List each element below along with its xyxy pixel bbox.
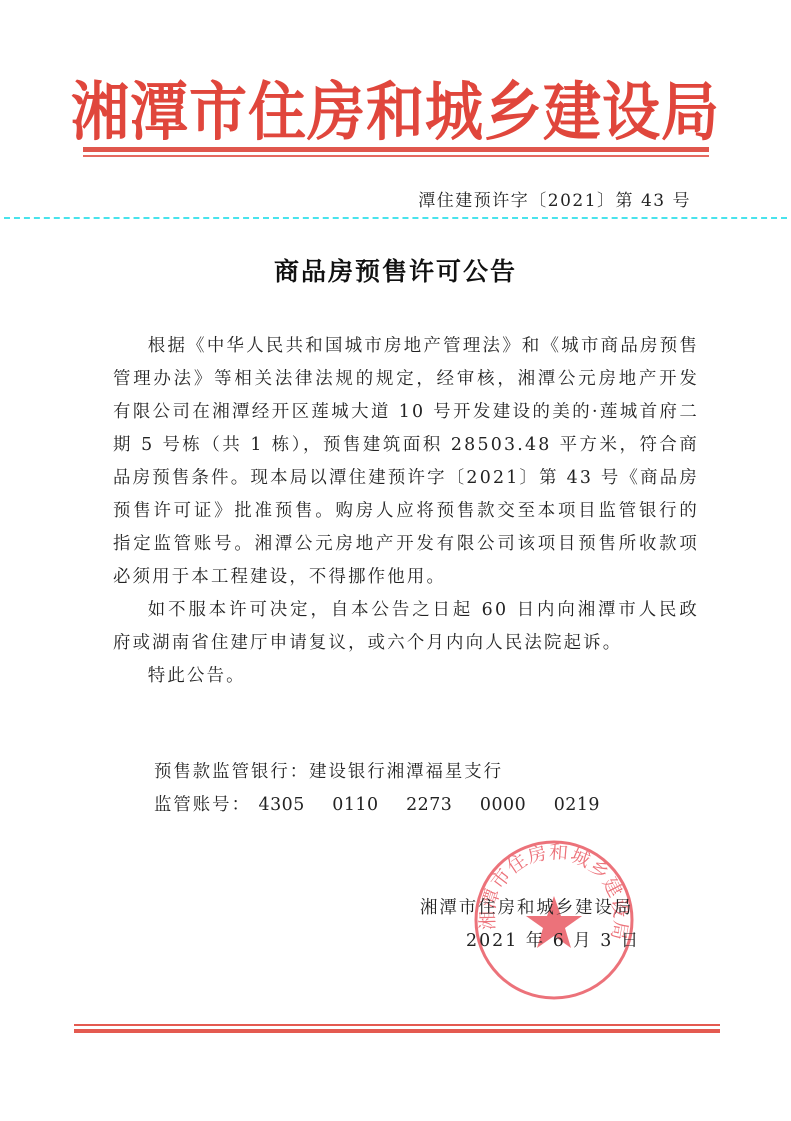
bank-row: 预售款监管银行：建设银行湘潭福星支行: [154, 756, 620, 789]
scan-divider: [4, 217, 787, 219]
masthead-title: 湘潭市住房和城乡建设局: [0, 75, 791, 150]
account-label: 监管账号：: [154, 795, 251, 815]
document-body: 根据《中华人民共和国城市房地产管理法》和《城市商品房预售管理办法》等相关法律法规…: [113, 330, 699, 693]
paragraph-main: 根据《中华人民共和国城市房地产管理法》和《城市商品房预售管理办法》等相关法律法规…: [113, 330, 699, 594]
signature-org: 湘潭市住房和城乡建设局: [420, 892, 680, 925]
document-number: 潭住建预许字〔2021〕第 43 号: [418, 186, 691, 211]
masthead-rule-thin: [83, 155, 709, 157]
account-row: 监管账号： 4305 0110 2273 0000 0219: [154, 789, 620, 822]
account-group: 0000: [480, 789, 526, 822]
signature-date: 2021 年 6 月 3 日: [420, 925, 680, 958]
account-group: 0110: [332, 789, 378, 822]
footer-rule-thin: [74, 1024, 720, 1026]
bank-info: 预售款监管银行：建设银行湘潭福星支行 监管账号： 4305 0110 2273 …: [154, 756, 620, 822]
document-title: 商品房预售许可公告: [0, 252, 791, 288]
footer-rule-thick: [74, 1029, 720, 1033]
account-group: 4305: [259, 789, 305, 822]
signature-block: 湘潭市住房和城乡建设局 2021 年 6 月 3 日: [420, 892, 680, 958]
account-group: 2273: [406, 789, 452, 822]
bank-name: 建设银行湘潭福星支行: [309, 762, 503, 782]
paragraph-appeal: 如不服本许可决定，自本公告之日起 60 日内向湘潭市人民政府或湖南省住建厅申请复…: [113, 594, 699, 660]
masthead-rule-thick: [83, 147, 709, 152]
paragraph-closing: 特此公告。: [113, 660, 699, 693]
bank-label: 预售款监管银行：: [154, 762, 309, 782]
account-group: 0219: [554, 789, 600, 822]
